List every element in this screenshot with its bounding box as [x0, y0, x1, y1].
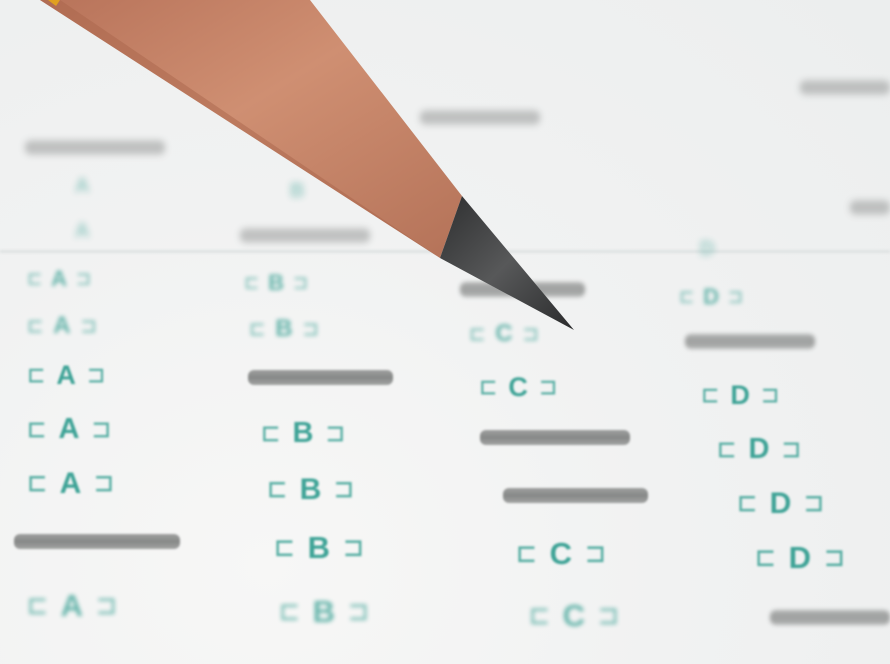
pencil-mark-filled-c: [480, 430, 630, 445]
answer-bubble-b: ⊏B⊐: [262, 416, 344, 450]
answer-bubble-d: ⊏D⊐: [756, 540, 844, 576]
pencil-mark-filled-c: [503, 488, 648, 503]
answer-bubble-b: ⊏B⊐: [250, 315, 318, 343]
answer-bubble-b: ⊏B⊐: [268, 472, 353, 507]
bubble-a: A: [75, 220, 89, 243]
photo-scene: A A B D ⊏A⊐ ⊏B⊐ ⊏D⊐ ⊏A⊐ ⊏B⊐ ⊏C⊐: [0, 0, 890, 664]
bubble-d: D: [700, 238, 714, 261]
answer-bubble-a: ⊏A⊐: [28, 312, 96, 340]
answer-bubble-c: ⊏C⊐: [480, 372, 556, 403]
answer-bubble-c: ⊏C⊐: [470, 320, 538, 348]
bubble-a: A: [75, 175, 89, 198]
pencil-mark: [685, 334, 815, 349]
answer-bubble-a: ⊏A⊐: [28, 466, 113, 501]
pencil-mark: [240, 228, 370, 243]
answer-bubble-a: ⊏A⊐: [28, 360, 104, 391]
answer-bubble-d: ⊏D⊐: [738, 486, 823, 521]
pencil-mark-filled-d: [770, 610, 890, 625]
pencil-mark-filled-a: [14, 534, 180, 549]
pencil-mark: [420, 110, 540, 125]
pencil-mark: [25, 140, 165, 155]
answer-bubble-a: ⊏A⊐: [28, 266, 90, 292]
answer-bubble-d: ⊏D⊐: [680, 284, 742, 310]
answer-bubble-b: ⊏B⊐: [275, 530, 363, 566]
pencil-mark: [460, 282, 585, 297]
answer-bubble-d: ⊏D⊐: [702, 380, 778, 411]
sheet-divider-line: [0, 250, 890, 253]
answer-bubble-b: ⊏B⊐: [245, 270, 307, 296]
answer-bubble-b: ⊏B⊐: [280, 594, 368, 630]
answer-bubble-a: ⊏A⊐: [28, 412, 110, 446]
answer-bubble-d: ⊏D⊐: [718, 432, 800, 466]
pencil-mark: [800, 80, 890, 95]
answer-bubble-c: ⊏C⊐: [530, 598, 618, 634]
answer-bubble-a: ⊏A⊐: [28, 588, 116, 624]
pencil-mark-filled-b: [248, 370, 393, 385]
answer-bubble-c: ⊏C⊐: [517, 536, 605, 572]
bubble-b: B: [290, 180, 304, 203]
pencil-mark: [850, 200, 890, 215]
